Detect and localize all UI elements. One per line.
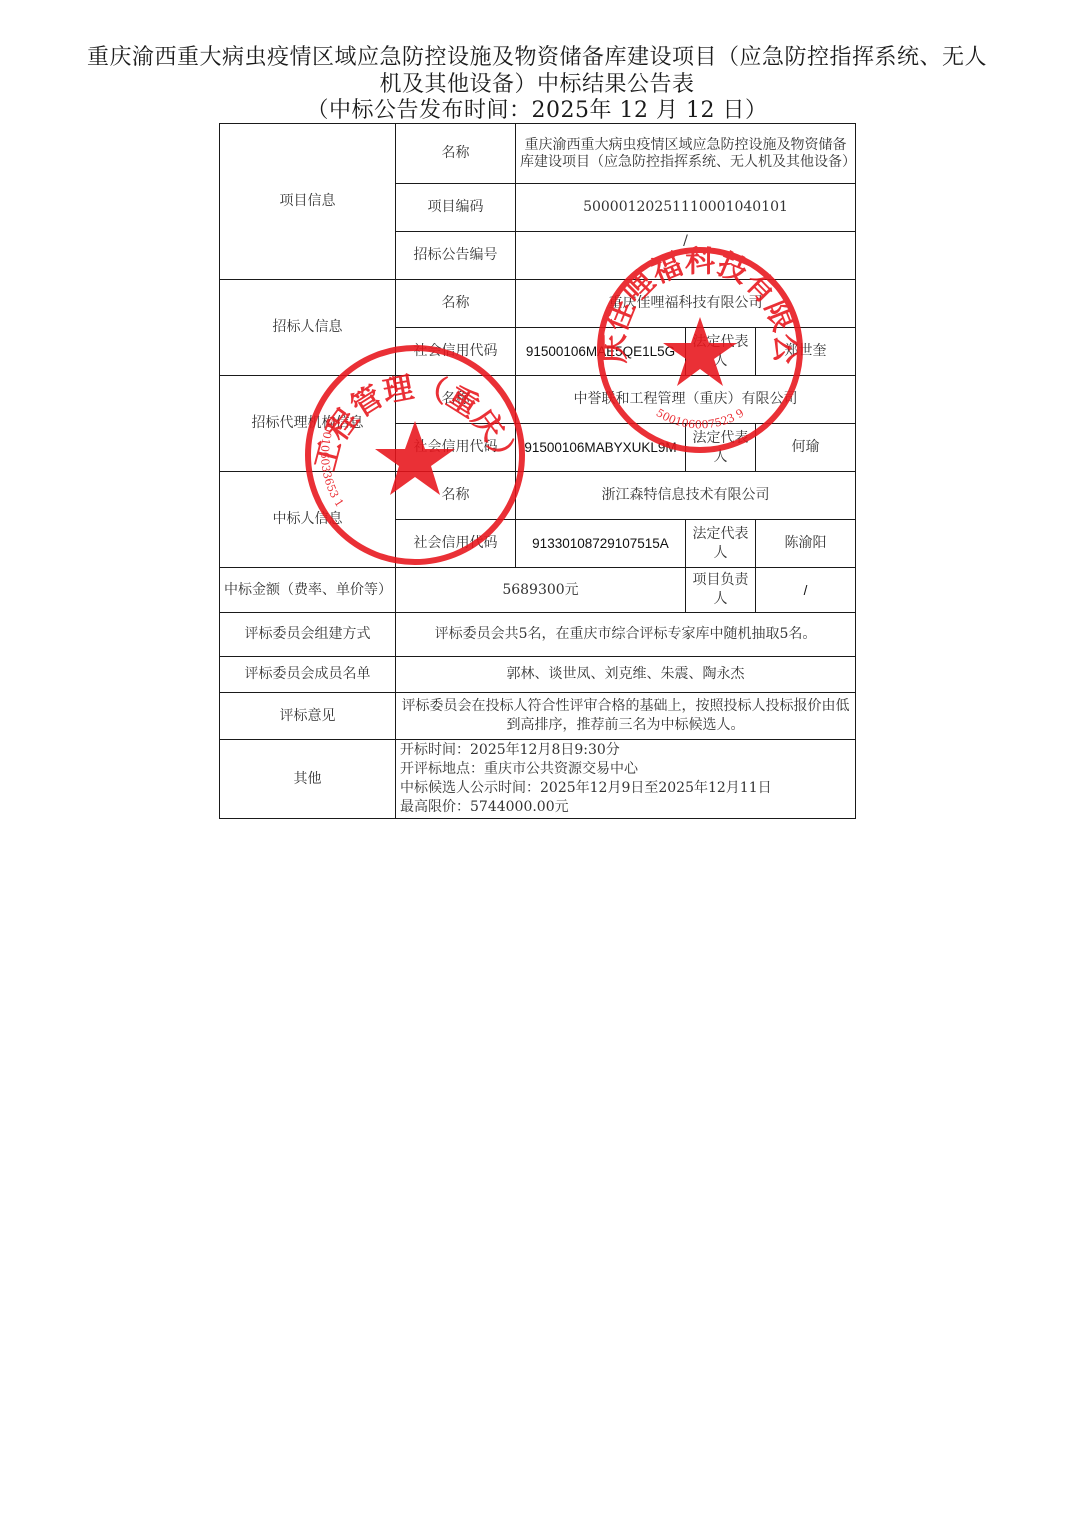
project-name-value: 重庆渝西重大病虫疫情区域应急防控设施及物资储备库建设项目（应急防控指挥系统、无人… <box>516 124 856 184</box>
opening-location: 开评标地点：重庆市公共资源交易中心 <box>400 760 851 779</box>
manager-label: 项目负责人 <box>686 568 756 613</box>
tenderer-info-label: 招标人信息 <box>220 280 396 376</box>
table-row: 项目信息 名称 重庆渝西重大病虫疫情区域应急防控设施及物资储备库建设项目（应急防… <box>220 124 856 184</box>
winner-credit-label: 社会信用代码 <box>396 520 516 568</box>
tenderer-legal-rep-label: 法定代表人 <box>686 328 756 376</box>
table-row: 招标代理机构信息 名称 中誉联和工程管理（重庆）有限公司 <box>220 376 856 424</box>
agency-name-value: 中誉联和工程管理（重庆）有限公司 <box>516 376 856 424</box>
tenderer-legal-rep-value: 郑世奎 <box>756 328 856 376</box>
table-row: 中标金额（费率、单价等） 5689300元 项目负责人 / <box>220 568 856 613</box>
agency-credit-value: 91500106MABYXUKL9M <box>516 424 686 472</box>
committee-formation-label: 评标委员会组建方式 <box>220 613 396 657</box>
winner-legal-rep-value: 陈渝阳 <box>756 520 856 568</box>
winner-name-label: 名称 <box>396 472 516 520</box>
publicity-period: 中标候选人公示时间：2025年12月9日至2025年12月11日 <box>400 779 851 798</box>
notice-no-label: 招标公告编号 <box>396 232 516 280</box>
tenderer-credit-value: 91500106MAE5QE1L5G <box>516 328 686 376</box>
agency-name-label: 名称 <box>396 376 516 424</box>
amount-value: 5689300元 <box>396 568 686 613</box>
publish-date: （中标公告发布时间：2025年 12 月 12 日） <box>0 97 1074 124</box>
project-name-label: 名称 <box>396 124 516 184</box>
winner-name-value: 浙江森特信息技术有限公司 <box>516 472 856 520</box>
agency-info-label: 招标代理机构信息 <box>220 376 396 472</box>
project-code-value: 50000120251110001040101 <box>516 184 856 232</box>
committee-members-value: 郭林、谈世凤、刘克维、朱震、陶永杰 <box>396 657 856 693</box>
project-code-label: 项目编码 <box>396 184 516 232</box>
agency-legal-rep-value: 何瑜 <box>756 424 856 472</box>
winner-credit-value: 91330108729107515A <box>516 520 686 568</box>
other-value: 开标时间：2025年12月8日9:30分 开评标地点：重庆市公共资源交易中心 中… <box>396 740 856 819</box>
tenderer-name-label: 名称 <box>396 280 516 328</box>
tenderer-credit-label: 社会信用代码 <box>396 328 516 376</box>
opinion-label: 评标意见 <box>220 693 396 740</box>
opening-time: 开标时间：2025年12月8日9:30分 <box>400 741 851 760</box>
document-title-line-1: 重庆渝西重大病虫疫情区域应急防控设施及物资储备库建设项目（应急防控指挥系统、无人 <box>0 44 1074 71</box>
notice-no-value: / <box>516 232 856 280</box>
amount-label: 中标金额（费率、单价等） <box>220 568 396 613</box>
document-title-line-2: 机及其他设备）中标结果公告表 <box>0 71 1074 98</box>
table-row: 评标委员会组建方式 评标委员会共5名，在重庆市综合评标专家库中随机抽取5名。 <box>220 613 856 657</box>
table-row: 其他 开标时间：2025年12月8日9:30分 开评标地点：重庆市公共资源交易中… <box>220 740 856 819</box>
opinion-value: 评标委员会在投标人符合性评审合格的基础上，按照投标人投标报价由低到高排序，推荐前… <box>396 693 856 740</box>
other-label: 其他 <box>220 740 396 819</box>
manager-value: / <box>756 568 856 613</box>
table-row: 中标人信息 名称 浙江森特信息技术有限公司 <box>220 472 856 520</box>
table-row: 评标委员会成员名单 郭林、谈世凤、刘克维、朱震、陶永杰 <box>220 657 856 693</box>
winner-legal-rep-label: 法定代表人 <box>686 520 756 568</box>
winner-info-label: 中标人信息 <box>220 472 396 568</box>
project-info-label: 项目信息 <box>220 124 396 280</box>
table-row: 招标人信息 名称 重庆佳哩福科技有限公司 <box>220 280 856 328</box>
tenderer-name-value: 重庆佳哩福科技有限公司 <box>516 280 856 328</box>
table-row: 评标意见 评标委员会在投标人符合性评审合格的基础上，按照投标人投标报价由低到高排… <box>220 693 856 740</box>
agency-legal-rep-label: 法定代表人 <box>686 424 756 472</box>
committee-members-label: 评标委员会成员名单 <box>220 657 396 693</box>
agency-credit-label: 社会信用代码 <box>396 424 516 472</box>
committee-formation-value: 评标委员会共5名，在重庆市综合评标专家库中随机抽取5名。 <box>396 613 856 657</box>
result-table: 项目信息 名称 重庆渝西重大病虫疫情区域应急防控设施及物资储备库建设项目（应急防… <box>219 123 856 819</box>
max-price: 最高限价：5744000.00元 <box>400 798 851 817</box>
